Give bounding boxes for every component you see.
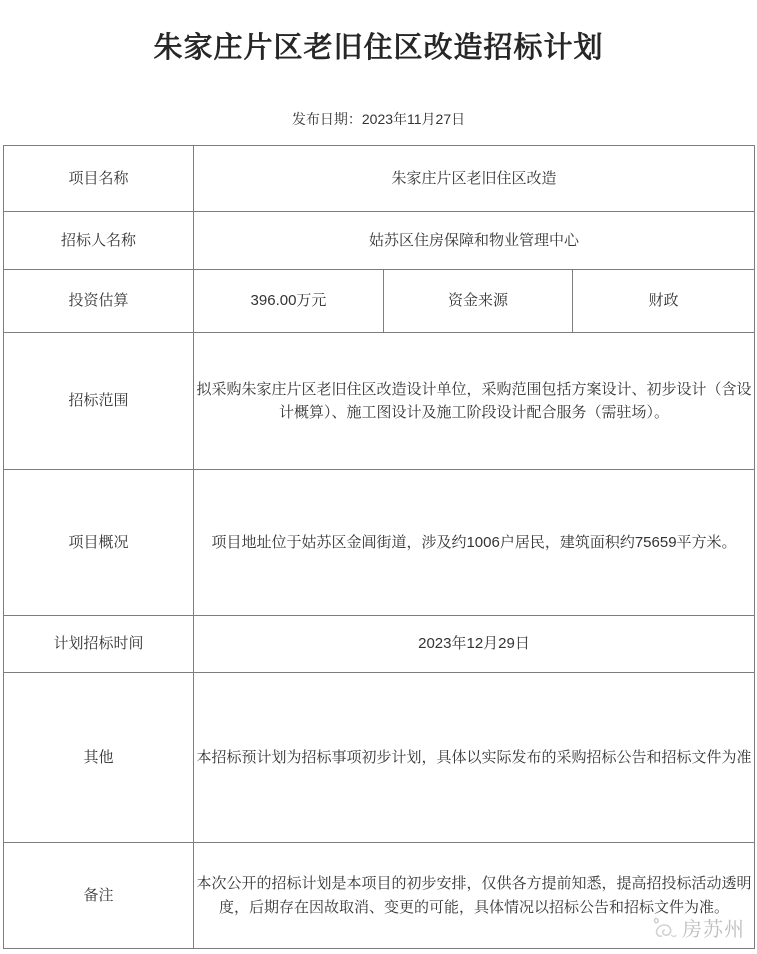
watermark: 房苏州 bbox=[650, 913, 745, 942]
table-row-investment: 投资估算 396.00万元 资金来源 财政 bbox=[4, 270, 755, 333]
table-row-other: 其他 本招标预计划为招标事项初步计划，具体以实际发布的采购招标公告和招标文件为准 bbox=[4, 673, 755, 843]
overview-label: 项目概况 bbox=[4, 470, 194, 616]
scope-label: 招标范围 bbox=[4, 333, 194, 470]
other-value: 本招标预计划为招标事项初步计划，具体以实际发布的采购招标公告和招标文件为准 bbox=[194, 673, 755, 843]
publish-date: 发布日期：2023年11月27日 bbox=[0, 110, 757, 128]
project-name-label: 项目名称 bbox=[4, 146, 194, 212]
bidding-plan-table: 项目名称 朱家庄片区老旧住区改造 招标人名称 姑苏区住房保障和物业管理中心 投资… bbox=[3, 145, 755, 949]
table-row-plan-time: 计划招标时间 2023年12月29日 bbox=[4, 616, 755, 673]
overview-value: 项目地址位于姑苏区金阊街道，涉及约1006户居民，建筑面积约75659平方米。 bbox=[194, 470, 755, 616]
tenderee-label: 招标人名称 bbox=[4, 212, 194, 270]
fund-source-value: 财政 bbox=[573, 270, 755, 333]
page-title: 朱家庄片区老旧住区改造招标计划 bbox=[0, 0, 757, 68]
remarks-label: 备注 bbox=[4, 843, 194, 949]
table-row-scope: 招标范围 拟采购朱家庄片区老旧住区改造设计单位，采购范围包括方案设计、初步设计（… bbox=[4, 333, 755, 470]
tenderee-value: 姑苏区住房保障和物业管理中心 bbox=[194, 212, 755, 270]
table-row-project-name: 项目名称 朱家庄片区老旧住区改造 bbox=[4, 146, 755, 212]
fangsuzhou-logo-icon bbox=[650, 916, 677, 940]
plan-time-label: 计划招标时间 bbox=[4, 616, 194, 673]
table-row-remarks: 备注 本次公开的招标计划是本项目的初步安排，仅供各方提前知悉，提高招投标活动透明… bbox=[4, 843, 755, 949]
scope-value: 拟采购朱家庄片区老旧住区改造设计单位，采购范围包括方案设计、初步设计（含设计概算… bbox=[194, 333, 755, 470]
other-label: 其他 bbox=[4, 673, 194, 843]
project-name-value: 朱家庄片区老旧住区改造 bbox=[194, 146, 755, 212]
investment-value: 396.00万元 bbox=[194, 270, 384, 333]
table-row-overview: 项目概况 项目地址位于姑苏区金阊街道，涉及约1006户居民，建筑面积约75659… bbox=[4, 470, 755, 616]
investment-label: 投资估算 bbox=[4, 270, 194, 333]
fund-source-label: 资金来源 bbox=[384, 270, 573, 333]
watermark-text: 房苏州 bbox=[682, 913, 745, 942]
table-row-tenderee: 招标人名称 姑苏区住房保障和物业管理中心 bbox=[4, 212, 755, 270]
document-page: 朱家庄片区老旧住区改造招标计划 发布日期：2023年11月27日 项目名称 朱家… bbox=[0, 0, 757, 954]
plan-time-value: 2023年12月29日 bbox=[194, 616, 755, 673]
